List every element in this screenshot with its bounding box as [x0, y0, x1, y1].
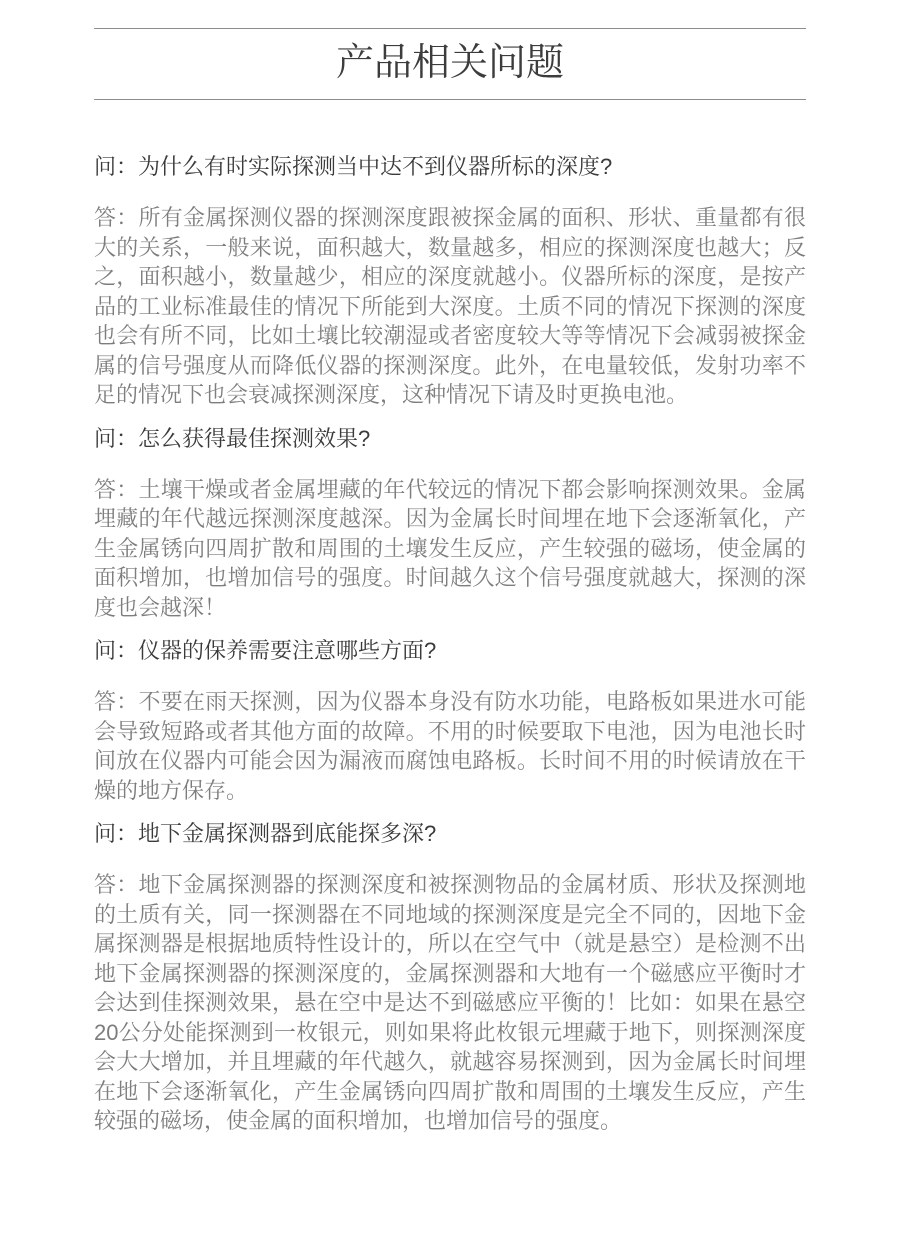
answer-label: 答： [94, 205, 139, 230]
page-title: 产品相关问题 [94, 40, 806, 86]
question-2: 问：怎么获得最佳探测效果? [94, 424, 806, 454]
answer-label: 答： [94, 477, 139, 502]
question-label: 问： [94, 426, 138, 451]
answer-text: 土壤干燥或者金属埋藏的年代较远的情况下都会影响探测效果。金属埋藏的年代越远探测深… [94, 477, 806, 620]
question-4: 问：地下金属探测器到底能探多深? [94, 819, 806, 849]
question-1: 问：为什么有时实际探测当中达不到仪器所标的深度? [94, 152, 806, 182]
answer-1: 答：所有金属探测仪器的探测深度跟被探金属的面积、形状、重量都有很大的关系，一般来… [94, 203, 806, 410]
answer-label: 答： [94, 689, 139, 714]
answer-text: 地下金属探测器的探测深度和被探测物品的金属材质、形状及探测地的土质有关，同一探测… [94, 872, 806, 1133]
qa-item-4: 问：地下金属探测器到底能探多深? 答：地下金属探测器的探测深度和被探测物品的金属… [94, 819, 806, 1136]
answer-2: 答：土壤干燥或者金属埋藏的年代较远的情况下都会影响探测效果。金属埋藏的年代越远探… [94, 475, 806, 623]
question-label: 问： [94, 154, 138, 179]
answer-text: 不要在雨天探测，因为仪器本身没有防水功能，电路板如果进水可能会导致短路或者其他方… [94, 689, 806, 803]
page-header: 产品相关问题 [94, 28, 806, 100]
question-text: 怎么获得最佳探测效果? [138, 426, 370, 451]
answer-label: 答： [94, 872, 139, 897]
faq-page: 产品相关问题 问：为什么有时实际探测当中达不到仪器所标的深度? 答：所有金属探测… [94, 28, 806, 1136]
question-text: 仪器的保养需要注意哪些方面? [138, 638, 436, 663]
question-3: 问：仪器的保养需要注意哪些方面? [94, 636, 806, 666]
question-label: 问： [94, 821, 138, 846]
question-text: 地下金属探测器到底能探多深? [138, 821, 436, 846]
qa-item-2: 问：怎么获得最佳探测效果? 答：土壤干燥或者金属埋藏的年代较远的情况下都会影响探… [94, 424, 806, 623]
qa-item-1: 问：为什么有时实际探测当中达不到仪器所标的深度? 答：所有金属探测仪器的探测深度… [94, 152, 806, 410]
question-label: 问： [94, 638, 138, 663]
answer-4: 答：地下金属探测器的探测深度和被探测物品的金属材质、形状及探测地的土质有关，同一… [94, 870, 806, 1136]
answer-3: 答：不要在雨天探测，因为仪器本身没有防水功能，电路板如果进水可能会导致短路或者其… [94, 687, 806, 805]
question-text: 为什么有时实际探测当中达不到仪器所标的深度? [138, 154, 612, 179]
qa-item-3: 问：仪器的保养需要注意哪些方面? 答：不要在雨天探测，因为仪器本身没有防水功能，… [94, 636, 806, 805]
faq-list: 问：为什么有时实际探测当中达不到仪器所标的深度? 答：所有金属探测仪器的探测深度… [94, 152, 806, 1136]
answer-text: 所有金属探测仪器的探测深度跟被探金属的面积、形状、重量都有很大的关系，一般来说，… [94, 205, 806, 407]
